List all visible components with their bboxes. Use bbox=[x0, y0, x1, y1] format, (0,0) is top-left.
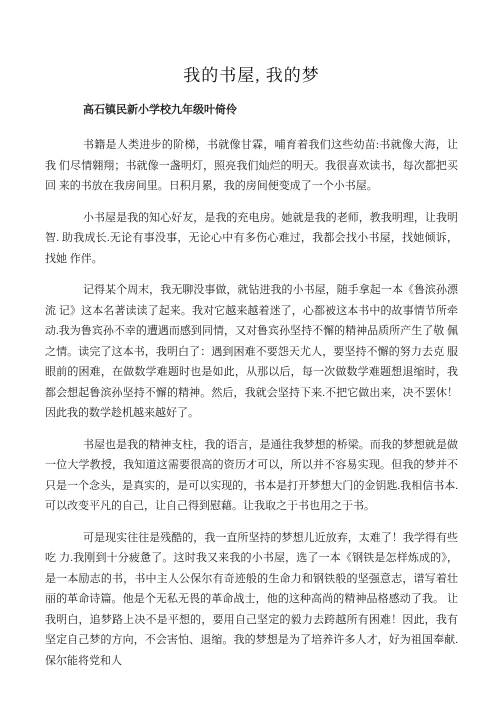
document-title: 我的书屋, 我的梦 bbox=[45, 0, 458, 88]
document-page: 我的书屋, 我的梦 高石镇民新小学校九年级叶倚伶 书籍是人类进步的阶梯，书就像甘… bbox=[0, 0, 499, 706]
document-body: 书籍是人类进步的阶梯，书就像甘霖，哺育着我们这些幼苗:书就像大海，让我 们尽情翱… bbox=[45, 135, 458, 671]
essay-paragraph: 可是现实往往是残酷的，我一直所坚持的梦想儿近放弃，太难了！我学得有些吃 力.我刚… bbox=[45, 528, 458, 672]
essay-paragraph: 记得某个周末，我无聊没事做，就钻进我的小书屋，随手拿起一本《鲁滨孙漂流 记》这本… bbox=[45, 280, 458, 424]
essay-paragraph: 书屋也是我的精神支柱，我的语言，是通往我梦想的桥梁。而我的梦想就是做 一位大学教… bbox=[45, 435, 458, 517]
essay-paragraph: 书籍是人类进步的阶梯，书就像甘霖，哺育着我们这些幼苗:书就像大海，让我 们尽情翱… bbox=[45, 135, 458, 197]
document-byline: 高石镇民新小学校九年级叶倚伶 bbox=[45, 103, 458, 118]
essay-paragraph: 小书屋是我的知心好友，是我的充电房。她就是我的老师，教我明理，让我明智. 助我成… bbox=[45, 208, 458, 270]
